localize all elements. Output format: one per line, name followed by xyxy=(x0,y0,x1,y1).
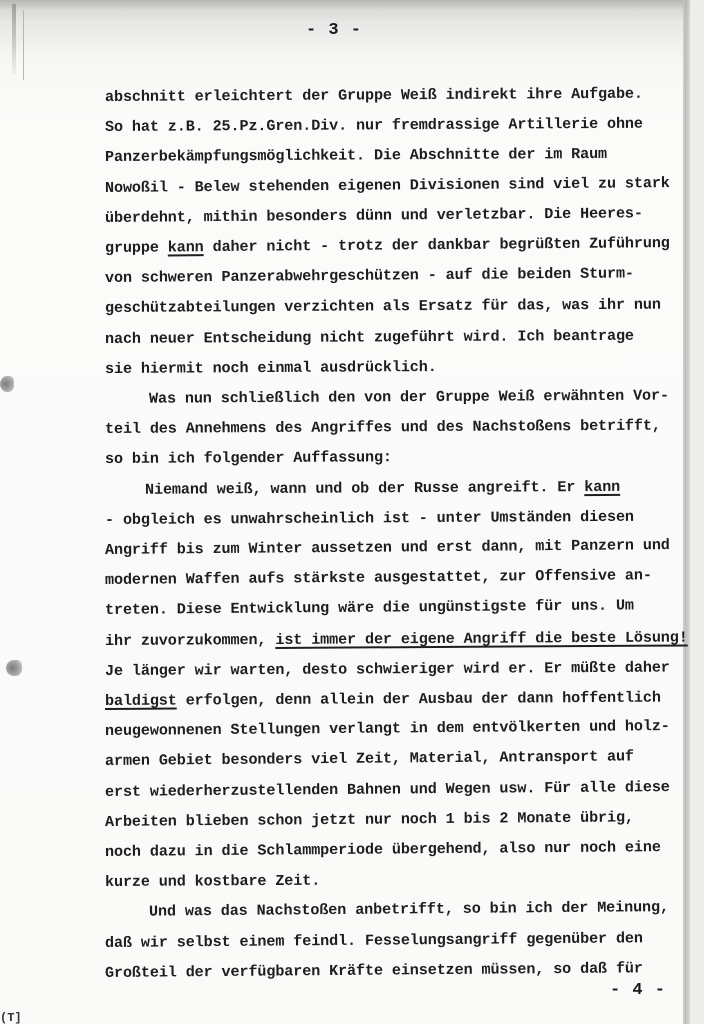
page-number-next: - 4 - xyxy=(610,981,666,1000)
document-page: - 3 - abschnitt erleichtert der Gruppe W… xyxy=(0,0,704,1024)
text-line: von schweren Panzerabwehrgeschützen - au… xyxy=(105,258,704,293)
text-line: Je länger wir warten, desto schwieriger … xyxy=(105,652,704,686)
text-line: Panzerbekämpfungsmöglichkeit. Die Abschn… xyxy=(105,139,704,173)
scan-top-shadow xyxy=(0,0,704,10)
text-segment: Niemand weiß, wann und ob der Russe angr… xyxy=(145,478,584,499)
text-line: nach neuer Entscheidung nicht zugeführt … xyxy=(105,320,704,354)
text-line: So hat z.B. 25.Pz.Gren.Div. nur fremdras… xyxy=(105,109,704,143)
text-line: armen Gebiet besonders viel Zeit, Materi… xyxy=(105,741,704,776)
text-line: geschützabteilungen verzichten als Ersat… xyxy=(105,290,704,324)
underlined-emphasis: kann xyxy=(584,477,620,495)
text-segment: ihr zuvorzukommen, xyxy=(105,631,275,650)
text-segment: daher nicht - trotz der dankbar begrüßte… xyxy=(204,234,670,256)
paragraph-start-line: Was nun schließlich den von der Gruppe W… xyxy=(105,380,704,414)
text-segment: erfolgen, denn allein der Ausbau der dan… xyxy=(177,689,661,710)
text-line: ihr zuvorzukommen, ist immer der eigene … xyxy=(105,622,704,656)
text-line: erst wiederherzustellenden Bahnen und We… xyxy=(105,771,704,806)
punch-hole-mark xyxy=(6,660,22,676)
text-segment: gruppe xyxy=(105,238,168,257)
corner-mark: (T] xyxy=(0,1011,22,1024)
underlined-emphasis: kann xyxy=(168,238,204,256)
scan-left-edge-line xyxy=(23,10,24,80)
paragraph-start-line: Und was das Nachstoßen anbetrifft, so bi… xyxy=(105,892,704,927)
underlined-emphasis: baldigst xyxy=(105,692,177,710)
text-line: Nowoßil - Belew stehenden eigenen Divisi… xyxy=(105,167,704,202)
scan-left-fold-mark xyxy=(12,4,16,74)
page-number-top: - 3 - xyxy=(306,21,362,40)
text-line: treten. Diese Entwicklung wäre die ungün… xyxy=(105,590,704,625)
underlined-emphasis: ist immer der eigene Angriff die beste L… xyxy=(275,628,687,649)
text-line: abschnitt erleichtert der Gruppe Weiß in… xyxy=(105,78,704,112)
text-line: noch dazu in die Schlammperiode übergehe… xyxy=(105,832,704,867)
punch-hole-mark xyxy=(0,376,14,392)
typewritten-body: abschnitt erleichtert der Gruppe Weiß in… xyxy=(105,82,704,988)
paragraph-start-line: Niemand weiß, wann und ob der Russe angr… xyxy=(105,471,704,505)
text-line: so bin ich folgender Auffassung: xyxy=(105,441,704,475)
text-line: sie hiermit noch einmal ausdrücklich. xyxy=(105,350,704,384)
text-line: teil des Annehmens des Angriffes und des… xyxy=(105,411,704,445)
